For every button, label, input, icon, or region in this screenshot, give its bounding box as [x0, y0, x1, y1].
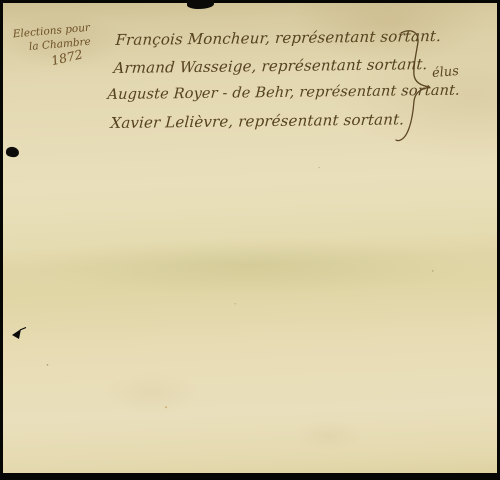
- paper-sheet: Elections pour la Chambre 1872 François …: [3, 3, 497, 473]
- scanned-page: Elections pour la Chambre 1872 François …: [0, 0, 500, 480]
- entry-line: François Moncheur, représentant sortant.: [115, 27, 442, 49]
- margin-note: Elections pour la Chambre 1872: [12, 21, 93, 71]
- entry-line: Armand Wasseige, représentant sortant.: [113, 55, 428, 77]
- ink-mark-left-lower: [11, 327, 27, 342]
- grouping-brace: [395, 26, 449, 144]
- entry-line: Xavier Lelièvre, représentant sortant.: [110, 110, 405, 132]
- brace-label: élus: [431, 64, 459, 81]
